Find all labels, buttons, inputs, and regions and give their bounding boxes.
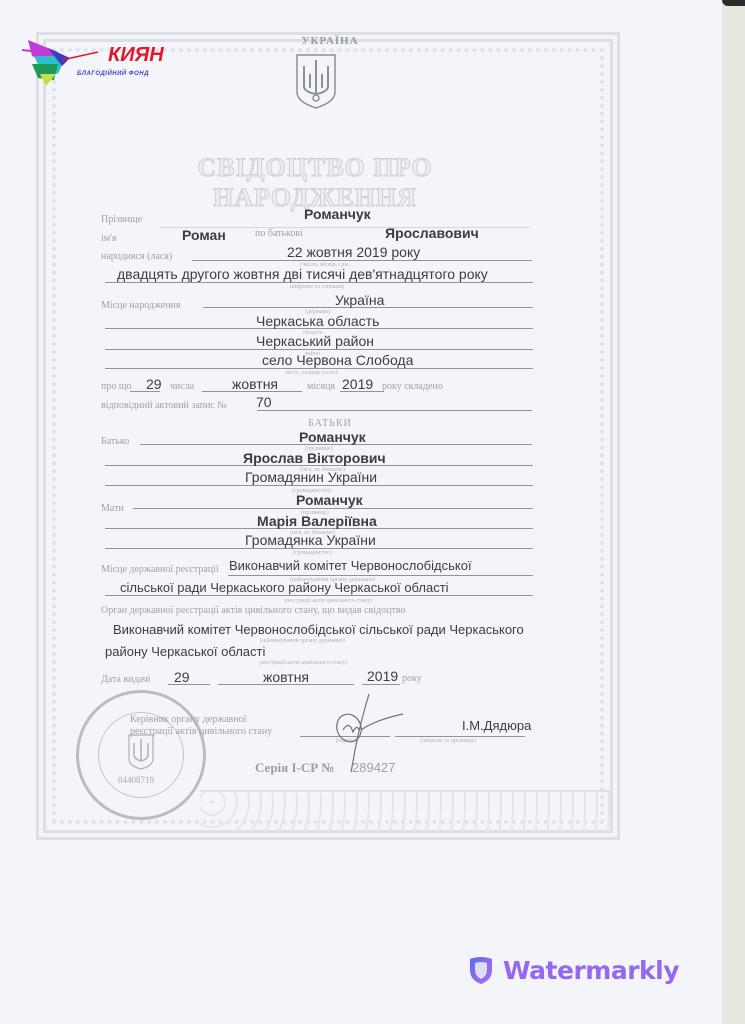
logo-name: КИЯН <box>108 44 164 67</box>
record-year-label: року складено <box>382 381 443 392</box>
issuer-line2: району Черкаської області <box>105 644 265 659</box>
issue-day: 29 <box>174 669 190 685</box>
record-prefix: про що <box>101 381 132 392</box>
issuer-hint2: реєстрації актів цивільного стану) <box>260 660 347 666</box>
father-citizenship-underline <box>105 485 533 486</box>
logo-subtitle: БЛАГОДІЙНИЙ ФОНД <box>77 71 149 77</box>
patronymic-label: по батькові <box>255 228 303 239</box>
country-heading: УКРАЇНА <box>270 35 390 47</box>
child-name: Роман <box>182 227 226 243</box>
parents-section-title: БАТЬКИ <box>270 418 390 429</box>
birthplace-district: Черкаський район <box>256 333 374 349</box>
registration-place-line1: Виконавчий комітет Червонослобідської <box>229 558 472 573</box>
issue-year-suffix: року <box>402 673 422 684</box>
record-month-label: місяця <box>307 381 335 392</box>
head-label-1: Керівник органу державної <box>130 714 246 725</box>
issuer-hint1: (найменування органу державної <box>260 638 345 644</box>
surname-label: Прізвище <box>101 214 142 225</box>
series-number: 289427 <box>352 760 395 775</box>
registration-place-line2: сільської ради Черкаського району Черкас… <box>120 580 449 595</box>
born-date: 22 жовтня 2019 року <box>287 244 420 260</box>
mother-surname: Романчук <box>296 492 363 508</box>
record-number: 70 <box>256 394 272 410</box>
stamp-trident-icon <box>127 733 155 771</box>
issue-date-label: Дата видачі <box>101 674 150 685</box>
birthplace-label: Місце народження <box>101 300 181 311</box>
scan-edge-corner <box>722 0 745 6</box>
head-label-2: реєстрації актів цивільного стану <box>130 726 272 737</box>
birthplace-settlement: село Червона Слобода <box>262 352 413 368</box>
registration-place-underline-1 <box>228 575 533 576</box>
registration-place-underline-2 <box>105 595 533 596</box>
birthplace-region: Черкаська область <box>256 313 379 329</box>
scan-edge <box>722 0 745 1024</box>
mother-citizenship: Громадянка України <box>245 532 376 548</box>
ornamental-frame-bottom <box>200 790 610 832</box>
issue-year: 2019 <box>367 668 398 684</box>
mother-name: Марія Валеріївна <box>257 513 377 529</box>
father-citizenship: Громадянин України <box>245 469 377 485</box>
record-day: 29 <box>146 376 162 392</box>
father-name: Ярослав Вікторович <box>243 450 386 466</box>
registration-place-label: Місце державної реєстрації <box>101 564 219 575</box>
born-underline <box>192 260 532 261</box>
watermark: Watermarkly <box>467 955 679 985</box>
trident-coat-of-arms-icon <box>294 52 338 110</box>
mother-citizenship-underline <box>105 548 533 549</box>
father-label: Батько <box>101 436 129 447</box>
birthplace-district-underline <box>105 349 533 350</box>
record-number-underline <box>257 410 532 411</box>
watermark-text: Watermarkly <box>503 956 679 985</box>
mother-label: Мати <box>101 503 124 514</box>
born-words-hint: цифрами та словами) <box>290 284 344 290</box>
document-title: СВІДОЦТВО ПРО НАРОДЖЕННЯ <box>130 153 500 213</box>
shield-icon <box>467 955 495 985</box>
name-label: ім'я <box>101 233 117 244</box>
settlement-hint: місто, селище (село) <box>285 370 337 376</box>
registration-place-hint2: реєстрації актів цивільного стану) <box>285 598 372 604</box>
birthplace-settlement-underline <box>105 368 533 369</box>
stamp-code: 04408719 <box>118 775 154 785</box>
record-number-label: відповідний актовий запис № <box>101 400 227 411</box>
issue-year-underline <box>362 684 400 685</box>
born-words: двадцять другого жовтня дві тисячі дев'я… <box>117 266 488 282</box>
mother-citizenship-hint: (громадянство) <box>293 550 332 556</box>
birthplace-country: Україна <box>335 292 384 308</box>
child-patronymic: Ярославович <box>385 225 479 241</box>
record-month: жовтня <box>232 376 278 392</box>
issuer-line1: Виконавчий комітет Червонослобідської сі… <box>113 622 524 637</box>
issue-month: жовтня <box>263 669 309 685</box>
signer-name: І.М.Дядюра <box>462 718 531 733</box>
record-day-label: числа <box>170 381 194 392</box>
mother-surname-underline <box>133 508 533 509</box>
born-words-underline <box>105 282 533 283</box>
series-label: Серія І-СР № <box>255 760 334 776</box>
issuer-label: Орган державної реєстрації актів цивільн… <box>101 605 405 616</box>
record-year: 2019 <box>342 376 373 392</box>
father-surname: Романчук <box>299 429 366 445</box>
signer-name-hint: (ініціали та прізвище) <box>420 738 476 744</box>
child-surname: Романчук <box>304 206 371 222</box>
born-label: народився (лася) <box>101 251 172 262</box>
signer-name-underline <box>395 736 525 737</box>
